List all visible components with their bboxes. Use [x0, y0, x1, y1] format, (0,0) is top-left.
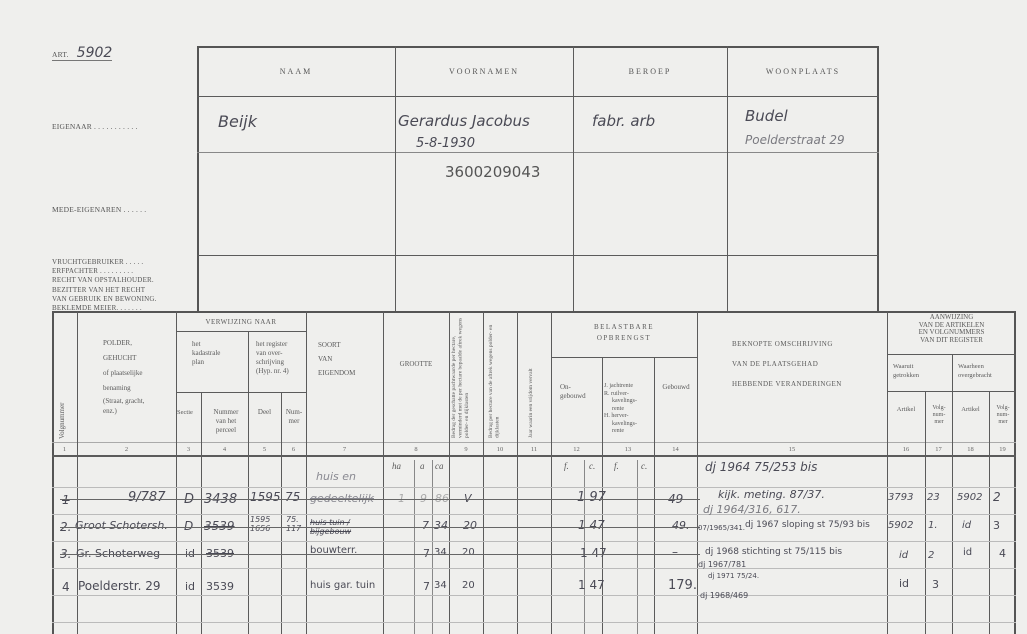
beknopte-line: HEBBENDE VERANDERINGEN [732, 374, 842, 394]
header-col13: J. jachtrente R. ruilver- kavelings- ren… [604, 383, 637, 436]
change-3: dj 1964/316, 617. [703, 503, 801, 516]
row1-deel: 1595 [250, 490, 281, 504]
unit-f: f. [614, 462, 619, 471]
row4-sectie: id [185, 580, 195, 593]
register-line: (Hyp. nr. 4) [256, 367, 289, 376]
row2-col9: 20 [463, 519, 477, 532]
volg-line: num- [926, 412, 952, 419]
right-bezitter: BEZITTER VAN HET RECHT [52, 286, 157, 295]
header-aanwijzing: AANWIJZING VAN DE ARTIKELEN EN VOLGNUMME… [887, 314, 1016, 344]
volg-line: Volg- [990, 405, 1016, 412]
waaruit-line: Waaruit [893, 362, 919, 371]
header-grootte: GROOTTE [383, 360, 449, 369]
polder-line: GEHUCHT [103, 351, 144, 366]
col-number: 7 [306, 446, 383, 453]
col-number: 6 [281, 446, 306, 453]
col-number: 4 [201, 446, 248, 453]
article-header: ART. 5902 [52, 44, 112, 61]
label-rights: VRUCHTGEBRUIKER . . . . . ERFPACHTER . .… [52, 258, 157, 313]
row2-deel: 1595 1656 [250, 515, 278, 533]
col13-line: rente [604, 428, 637, 436]
row1-volg17: 23 [927, 492, 940, 503]
waaruit-line: getrokken [893, 371, 919, 380]
row2-ca: 34 [434, 519, 448, 532]
row4-volg17: 3 [932, 578, 939, 591]
owner-voornamen: Gerardus Jacobus [398, 112, 530, 130]
volg-line: num- [990, 412, 1016, 419]
nummer-line: Num- [282, 408, 306, 417]
row1-nummer: 75 [285, 490, 300, 504]
waarheen-line: Waarheen [958, 362, 992, 371]
col13-line: kavelings- [604, 421, 637, 429]
nummer-line: mer [282, 417, 306, 426]
col13-line: H. herver- [604, 413, 637, 421]
change-9: dj 1968/469 [700, 591, 748, 600]
register-line: schrijving [256, 358, 289, 367]
polder-line: POLDER, [103, 336, 144, 351]
row3-gebouwd: – [672, 545, 678, 559]
volg-line: mer [990, 419, 1016, 426]
col-number: 2 [77, 446, 176, 453]
waarheen-line: overgebracht [958, 371, 992, 380]
col13-line: kavelings- [604, 398, 637, 406]
right-gebruik: VAN GEBRUIK EN BEWONING. [52, 295, 157, 304]
row2-a: 7 [422, 519, 429, 532]
col13-line: R. ruilver- [604, 391, 637, 399]
header-ongebouwd: On- gebouwd [560, 383, 586, 401]
row3-art18: id [963, 547, 972, 558]
row1-soort-top: huis en [316, 470, 356, 483]
header-sectie: Sectie [177, 408, 193, 417]
owner-naam: Beijk [218, 112, 257, 131]
col-number: 9 [449, 446, 483, 453]
owner-woonplaats: Budel [745, 107, 788, 125]
row1-volg: 1 [62, 493, 70, 507]
belastbare-line: OPBRENGST [551, 333, 697, 344]
col-number: 18 [952, 446, 989, 453]
register-line: het register [256, 340, 289, 349]
belastbare-line: BELASTBARE [551, 322, 697, 333]
change-2: kijk. meting. 87/37. [718, 488, 825, 501]
header-beroep: BEROEP [573, 67, 727, 76]
col-number: 3 [176, 446, 201, 453]
unit-ha: ha [392, 462, 401, 471]
unit-c: c. [589, 462, 595, 471]
row2-ongebouwd: 1 47 [578, 518, 605, 532]
change-8: dj 1971 75/24. [708, 572, 759, 580]
header-register: het register van over- schrijving (Hyp. … [256, 340, 289, 376]
polder-line: enz.) [103, 406, 144, 416]
col-number: 10 [483, 446, 517, 453]
owner-birth-date: 5-8-1930 [416, 136, 475, 151]
header-waarheen: Waarheen overgebracht [958, 362, 992, 380]
row3-volg19: 4 [999, 547, 1006, 560]
unit-f: f. [564, 462, 569, 471]
row2-sectie: D [184, 519, 193, 533]
row2-volg17: 1. [928, 520, 938, 531]
row1-polder: 9/787 [128, 490, 165, 505]
row3-art16: id [899, 550, 908, 561]
unit-a: a [420, 462, 425, 471]
row4-soort: huis gar. tuin [310, 580, 375, 591]
row1-art18: 5902 [957, 492, 982, 503]
header-beknopte: BEKNOPTE OMSCHRIJVING VAN DE PLAATSGEHAD… [732, 334, 842, 394]
aanwijzing-line: VAN DIT REGISTER [887, 337, 1016, 345]
header-volgnummer-19: Volg- num- mer [990, 405, 1016, 426]
soort-line: VAN [318, 352, 355, 366]
row4-a: 7 [423, 580, 430, 593]
art-number: 5902 [77, 45, 113, 61]
header-voornamen: VOORNAMEN [395, 67, 573, 76]
header-artikel-18: Artikel [952, 405, 989, 414]
row2-art16: 5902 [888, 520, 913, 531]
row3-col9: 20 [462, 547, 475, 558]
row2-volg19: 3 [993, 519, 1000, 532]
row4-ongebouwd: 1 47 [578, 578, 605, 592]
row4-polder: Poelderstr. 29 [78, 579, 161, 593]
volg-line: mer [926, 419, 952, 426]
row1-volg19: 2 [993, 490, 1001, 504]
row2-art18: id [962, 520, 971, 531]
row4-ca: 34 [434, 580, 447, 591]
ongebouwd-line: gebouwd [560, 392, 586, 401]
right-vruchtgebruiker: VRUCHTGEBRUIKER . . . . . [52, 258, 157, 267]
kadastrale-line: plan [192, 358, 220, 367]
header-col10: Bedrag per hectare van de aftrek wegens … [488, 314, 512, 438]
beknopte-line: BEKNOPTE OMSCHRIJVING [732, 334, 842, 354]
col-number: 8 [383, 446, 449, 453]
row4-volg: 4 [62, 580, 70, 594]
header-nummer-perceel: Nummer van het perceel [204, 408, 248, 435]
label-eigenaar: EIGENAAR . . . . . . . . . . . [52, 122, 138, 131]
col13-line: J. jachtrente [604, 383, 637, 391]
col-number: 12 [551, 446, 602, 453]
row1-art16: 3793 [888, 492, 913, 503]
perceel-line: perceel [204, 426, 248, 435]
col13-line: rente [604, 406, 637, 414]
col-number: 5 [248, 446, 281, 453]
soort-line: EIGENDOM [318, 366, 355, 380]
change-7: dj 1967/781 [698, 560, 746, 569]
volg-line: Volg- [926, 405, 952, 412]
kadastrale-line: kadastrale [192, 349, 220, 358]
row3-ca: 34 [434, 547, 447, 558]
header-soort: SOORT VAN EIGENDOM [318, 338, 355, 380]
unit-ca: ca [435, 462, 444, 471]
col-number: 17 [925, 446, 952, 453]
change-1: dj 1964 75/253 bis [705, 460, 817, 474]
row2-polder: Groot Schotersh. [75, 519, 168, 532]
header-nummer: Num- mer [282, 408, 306, 426]
header-col11: Jaar waarin een vrijdom vervalt [528, 314, 540, 438]
right-erfpachter: ERFPACHTER . . . . . . . . . [52, 267, 157, 276]
header-volgnummer: Volgnummer [59, 395, 66, 439]
col-number: 14 [654, 446, 697, 453]
unit-c: c. [641, 462, 647, 471]
col-number: 1 [52, 446, 77, 453]
header-naam: NAAM [197, 67, 395, 76]
header-waaruit: Waaruit getrokken [893, 362, 919, 380]
row2-nummer: 75. 117 [286, 515, 306, 533]
soort-line: SOORT [318, 338, 355, 352]
col-number: 16 [887, 446, 925, 453]
row4-art16: id [899, 577, 909, 590]
change-4: 07/1965/341. [698, 524, 745, 532]
row1-ongebouwd: 1 97 [577, 490, 606, 505]
polder-line: of plaatselijke [103, 366, 144, 381]
header-volgnummer-17: Volg- num- mer [926, 405, 952, 426]
art-label: ART. [52, 50, 69, 59]
owner-beroep: fabr. arb [592, 112, 655, 130]
header-col9: Bedrag der geschatte pachtwaarde per hec… [451, 314, 481, 438]
header-verwijzing: VERWIJZING NAAR [176, 318, 306, 327]
row4-perceel: 3539 [206, 580, 234, 593]
polder-line: benaming [103, 381, 144, 396]
row3-volg17: 2 [928, 550, 934, 561]
row2-gebouwd: 49. [672, 519, 690, 532]
change-5: dj 1967 sloping st 75/93 bis [745, 520, 870, 530]
ongebouwd-line: On- [560, 383, 586, 392]
polder-line: (Straat, gracht, [103, 396, 144, 406]
right-opstalhouder: RECHT VAN OPSTALHOUDER. [52, 276, 157, 285]
row4-col9: 20 [462, 580, 475, 591]
header-belastbare: BELASTBARE OPBRENGST [551, 322, 697, 344]
beknopte-line: VAN DE PLAATSGEHAD [732, 354, 842, 374]
header-polder: POLDER, GEHUCHT of plaatselijke benaming… [103, 336, 144, 416]
owner-id-number: 3600209043 [445, 163, 540, 181]
kadastrale-line: het [192, 340, 220, 349]
row3-ongebouwd: 1 47 [580, 546, 607, 560]
row4-gebouwd: 179. [668, 578, 697, 593]
owner-address: Poelderstraat 29 [745, 133, 845, 147]
change-6: dj 1968 stichting st 75/115 bis [705, 547, 842, 557]
header-gebouwd: Gebouwd [655, 383, 697, 392]
row2-perceel: 3539 [204, 519, 235, 533]
perceel-line: van het [204, 417, 248, 426]
label-mede-eigenaren: MEDE-EIGENAREN . . . . . . [52, 205, 146, 214]
col-number: 13 [602, 446, 654, 453]
col-number: 15 [697, 446, 887, 453]
col-number: 19 [989, 446, 1016, 453]
perceel-line: Nummer [204, 408, 248, 417]
col-number: 11 [517, 446, 551, 453]
header-woonplaats: WOONPLAATS [727, 67, 879, 76]
register-line: van over- [256, 349, 289, 358]
header-artikel-16: Artikel [887, 405, 925, 414]
header-deel: Deel [248, 408, 281, 417]
header-kadastrale: het kadastrale plan [192, 340, 220, 367]
